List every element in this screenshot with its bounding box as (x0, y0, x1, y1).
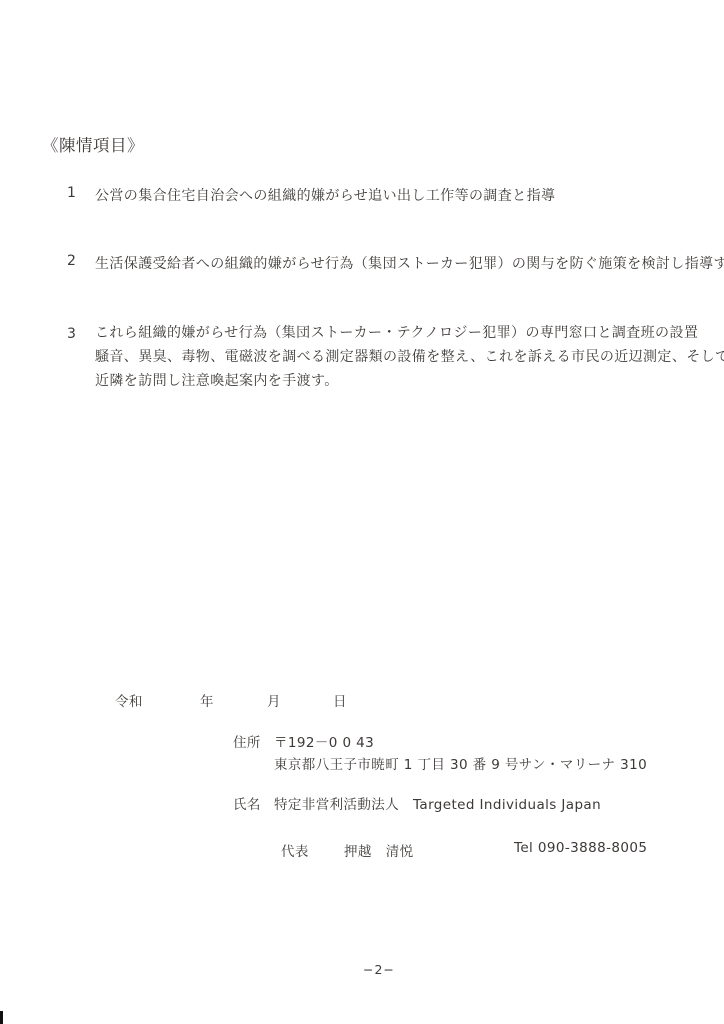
postal-code: 〒192－0 0 43 (274, 731, 374, 751)
telephone-number: Tel 090-3888-8005 (514, 840, 647, 856)
petition-item-3-line-2: 騒音、異臭、毒物、電磁波を調べる測定器類の設備を整え、これを訴える市民の近辺測定… (95, 345, 724, 369)
date-month-label: 月 (267, 690, 281, 710)
petition-item-1-text: 公営の集合住宅自治会への組織的嫌がらせ追い出し工作等の調査と指導 (95, 185, 555, 205)
petition-item-3-line-3: 近隣を訪問し注意喚起案内を手渡す。 (95, 369, 724, 393)
petition-document-page: 《陳情項目》 1 公営の集合住宅自治会への組織的嫌がらせ追い出し工作等の調査と指… (0, 0, 724, 1024)
petition-item-1-number: 1 (67, 185, 76, 201)
petition-item-2-number: 2 (67, 253, 76, 269)
petition-item-3-number: 3 (67, 326, 76, 342)
petition-item-3-line-1: これら組織的嫌がらせ行為（集団ストーカー・テクノロジー犯罪）の専門窓口と調査班の… (95, 321, 724, 345)
petition-heading: 《陳情項目》 (42, 132, 144, 156)
name-label: 氏名 (233, 793, 261, 813)
street-address: 東京都八王子市暁町 1 丁目 30 番 9 号サン・マリーナ 310 (274, 753, 647, 773)
representative-label: 代表 (281, 840, 309, 860)
petition-item-3-text: これら組織的嫌がらせ行為（集団ストーカー・テクノロジー犯罪）の専門窓口と調査班の… (95, 321, 724, 393)
date-year-label: 年 (200, 690, 214, 710)
page-number: −2− (363, 962, 395, 977)
representative-name: 押越 清悦 (344, 840, 414, 860)
address-label: 住所 (233, 731, 261, 751)
date-era-label: 令和 (115, 690, 143, 710)
scan-artifact (0, 1011, 3, 1024)
petition-item-2-text: 生活保護受給者への組織的嫌がらせ行為（集団ストーカー犯罪）の関与を防ぐ施策を検討… (95, 253, 724, 273)
date-day-label: 日 (333, 690, 347, 710)
organization-name: 特定非営利活動法人 Targeted Individuals Japan (274, 793, 601, 813)
